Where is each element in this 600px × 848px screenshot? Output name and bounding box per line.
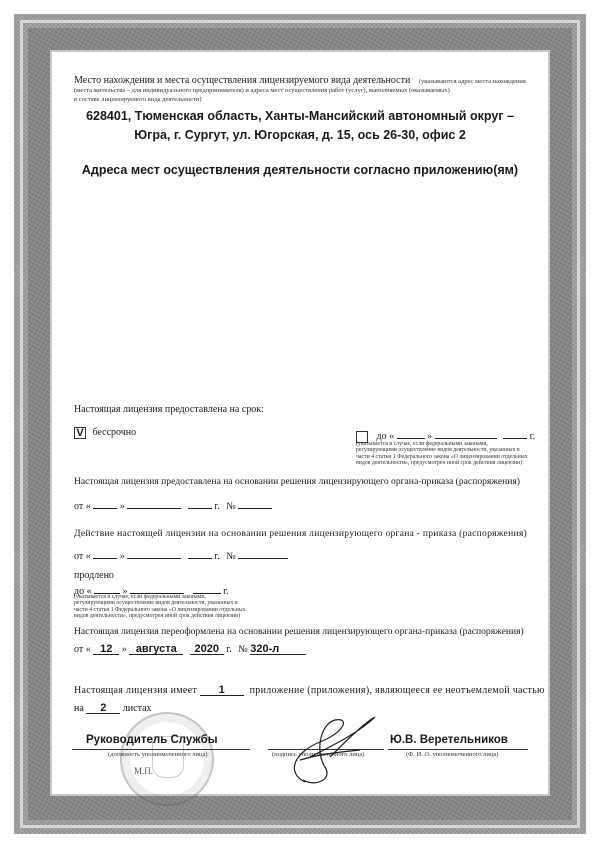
validity-day-field[interactable] — [93, 547, 117, 559]
until-month-field[interactable] — [435, 427, 497, 439]
handwritten-signature — [275, 712, 385, 792]
validity-basis-order: от « » г. № — [74, 547, 288, 562]
reissued-month-field[interactable]: августа — [129, 643, 183, 655]
unlimited-checkbox[interactable]: V — [74, 427, 86, 439]
extended-year-field[interactable] — [193, 582, 221, 594]
until-year-suffix: г. — [530, 431, 535, 442]
validity-number-sign: № — [226, 551, 236, 562]
reissued-quote-close: » — [122, 644, 127, 655]
term-unlimited-option[interactable]: V бессрочно — [74, 427, 136, 439]
appendix-text-before: Настоящая лицензия имеет — [74, 685, 197, 696]
granted-month-field[interactable] — [127, 497, 181, 509]
location-note-line2: (места жительства – для индивидуального … — [74, 87, 450, 94]
until-note: (указывается в случае, если федеральными… — [356, 441, 528, 467]
appendix-text-after: приложение (приложения), являющееся ее н… — [250, 685, 545, 696]
location-label: Место нахождения и места осуществления л… — [74, 75, 526, 86]
until-year-field[interactable] — [503, 427, 527, 439]
reissued-day-field[interactable]: 12 — [93, 643, 119, 655]
granted-day-field[interactable] — [93, 497, 117, 509]
granted-basis-label: Настоящая лицензия предоставлена на осно… — [74, 476, 520, 487]
reissued-basis-label: Настоящая лицензия переоформлена на осно… — [74, 626, 524, 637]
appendix-line: Настоящая лицензия имеет 1 приложение (п… — [74, 684, 545, 696]
official-seal — [120, 712, 214, 806]
addresses-per-appendix: Адреса мест осуществления деятельности с… — [0, 163, 600, 177]
name-underline — [388, 749, 528, 750]
appendix-on-prefix: на — [74, 703, 84, 714]
granted-from-prefix: от « — [74, 501, 91, 512]
location-label-text: Место нахождения и места осуществления л… — [74, 75, 410, 86]
reissued-number-field[interactable]: 320-л — [250, 643, 306, 655]
address-line-2: Югра, г. Сургут, ул. Югорская, д. 15, ос… — [0, 128, 600, 142]
signer-name: Ю.В. Веретельников — [390, 734, 508, 746]
position-caption: (должность уполномоченного лица) — [108, 751, 208, 758]
unlimited-label: бессрочно — [93, 427, 137, 438]
validity-basis-label: Действие настоящей лицензии на основании… — [74, 528, 527, 539]
validity-quote-close: » — [120, 551, 125, 562]
validity-year-field[interactable] — [188, 547, 212, 559]
granted-basis-order: от « » г. № — [74, 497, 272, 512]
validity-number-field[interactable] — [238, 547, 288, 559]
extended-day-field[interactable] — [94, 582, 120, 594]
granted-year-field[interactable] — [188, 497, 212, 509]
granted-number-field[interactable] — [238, 497, 272, 509]
reissued-year-field[interactable]: 2020 — [190, 643, 224, 655]
validity-year-suffix: г. — [214, 551, 219, 562]
validity-month-field[interactable] — [127, 547, 181, 559]
extended-note: (указывается в случае, если федеральными… — [74, 594, 246, 620]
reissued-basis-order: от « 12 » августа 2020 г. № 320-л — [74, 643, 306, 655]
reissued-year-suffix: г. — [226, 644, 231, 655]
name-caption: (Ф. И. О. уполномоченного лица) — [406, 751, 498, 758]
location-note-line3: в составе лицензируемого вида деятельнос… — [74, 96, 202, 103]
until-day-field[interactable] — [397, 427, 425, 439]
appendix-sheets-field[interactable]: 2 — [86, 702, 120, 714]
seal-label: М.П. — [134, 766, 153, 776]
reissued-from-prefix: от « — [74, 644, 91, 655]
location-note-inline: (указываются адрес места нахождения — [419, 78, 526, 85]
position-underline — [72, 749, 250, 750]
address-line-1: 628401, Тюменская область, Ханты-Мансийс… — [0, 109, 600, 123]
granted-quote-close: » — [120, 501, 125, 512]
appendix-count-field[interactable]: 1 — [200, 684, 244, 696]
extended-month-field[interactable] — [130, 582, 184, 594]
validity-from-prefix: от « — [74, 551, 91, 562]
term-label: Настоящая лицензия предоставлена на срок… — [74, 404, 264, 415]
granted-year-suffix: г. — [214, 501, 219, 512]
extended-label: продлено — [74, 570, 114, 581]
granted-number-sign: № — [226, 501, 236, 512]
appendix-sheets-line: на 2 листах — [74, 702, 152, 714]
reissued-number-sign: № — [238, 644, 248, 655]
appendix-sheets-suffix: листах — [123, 703, 152, 714]
signer-position: Руководитель Службы — [86, 734, 218, 746]
